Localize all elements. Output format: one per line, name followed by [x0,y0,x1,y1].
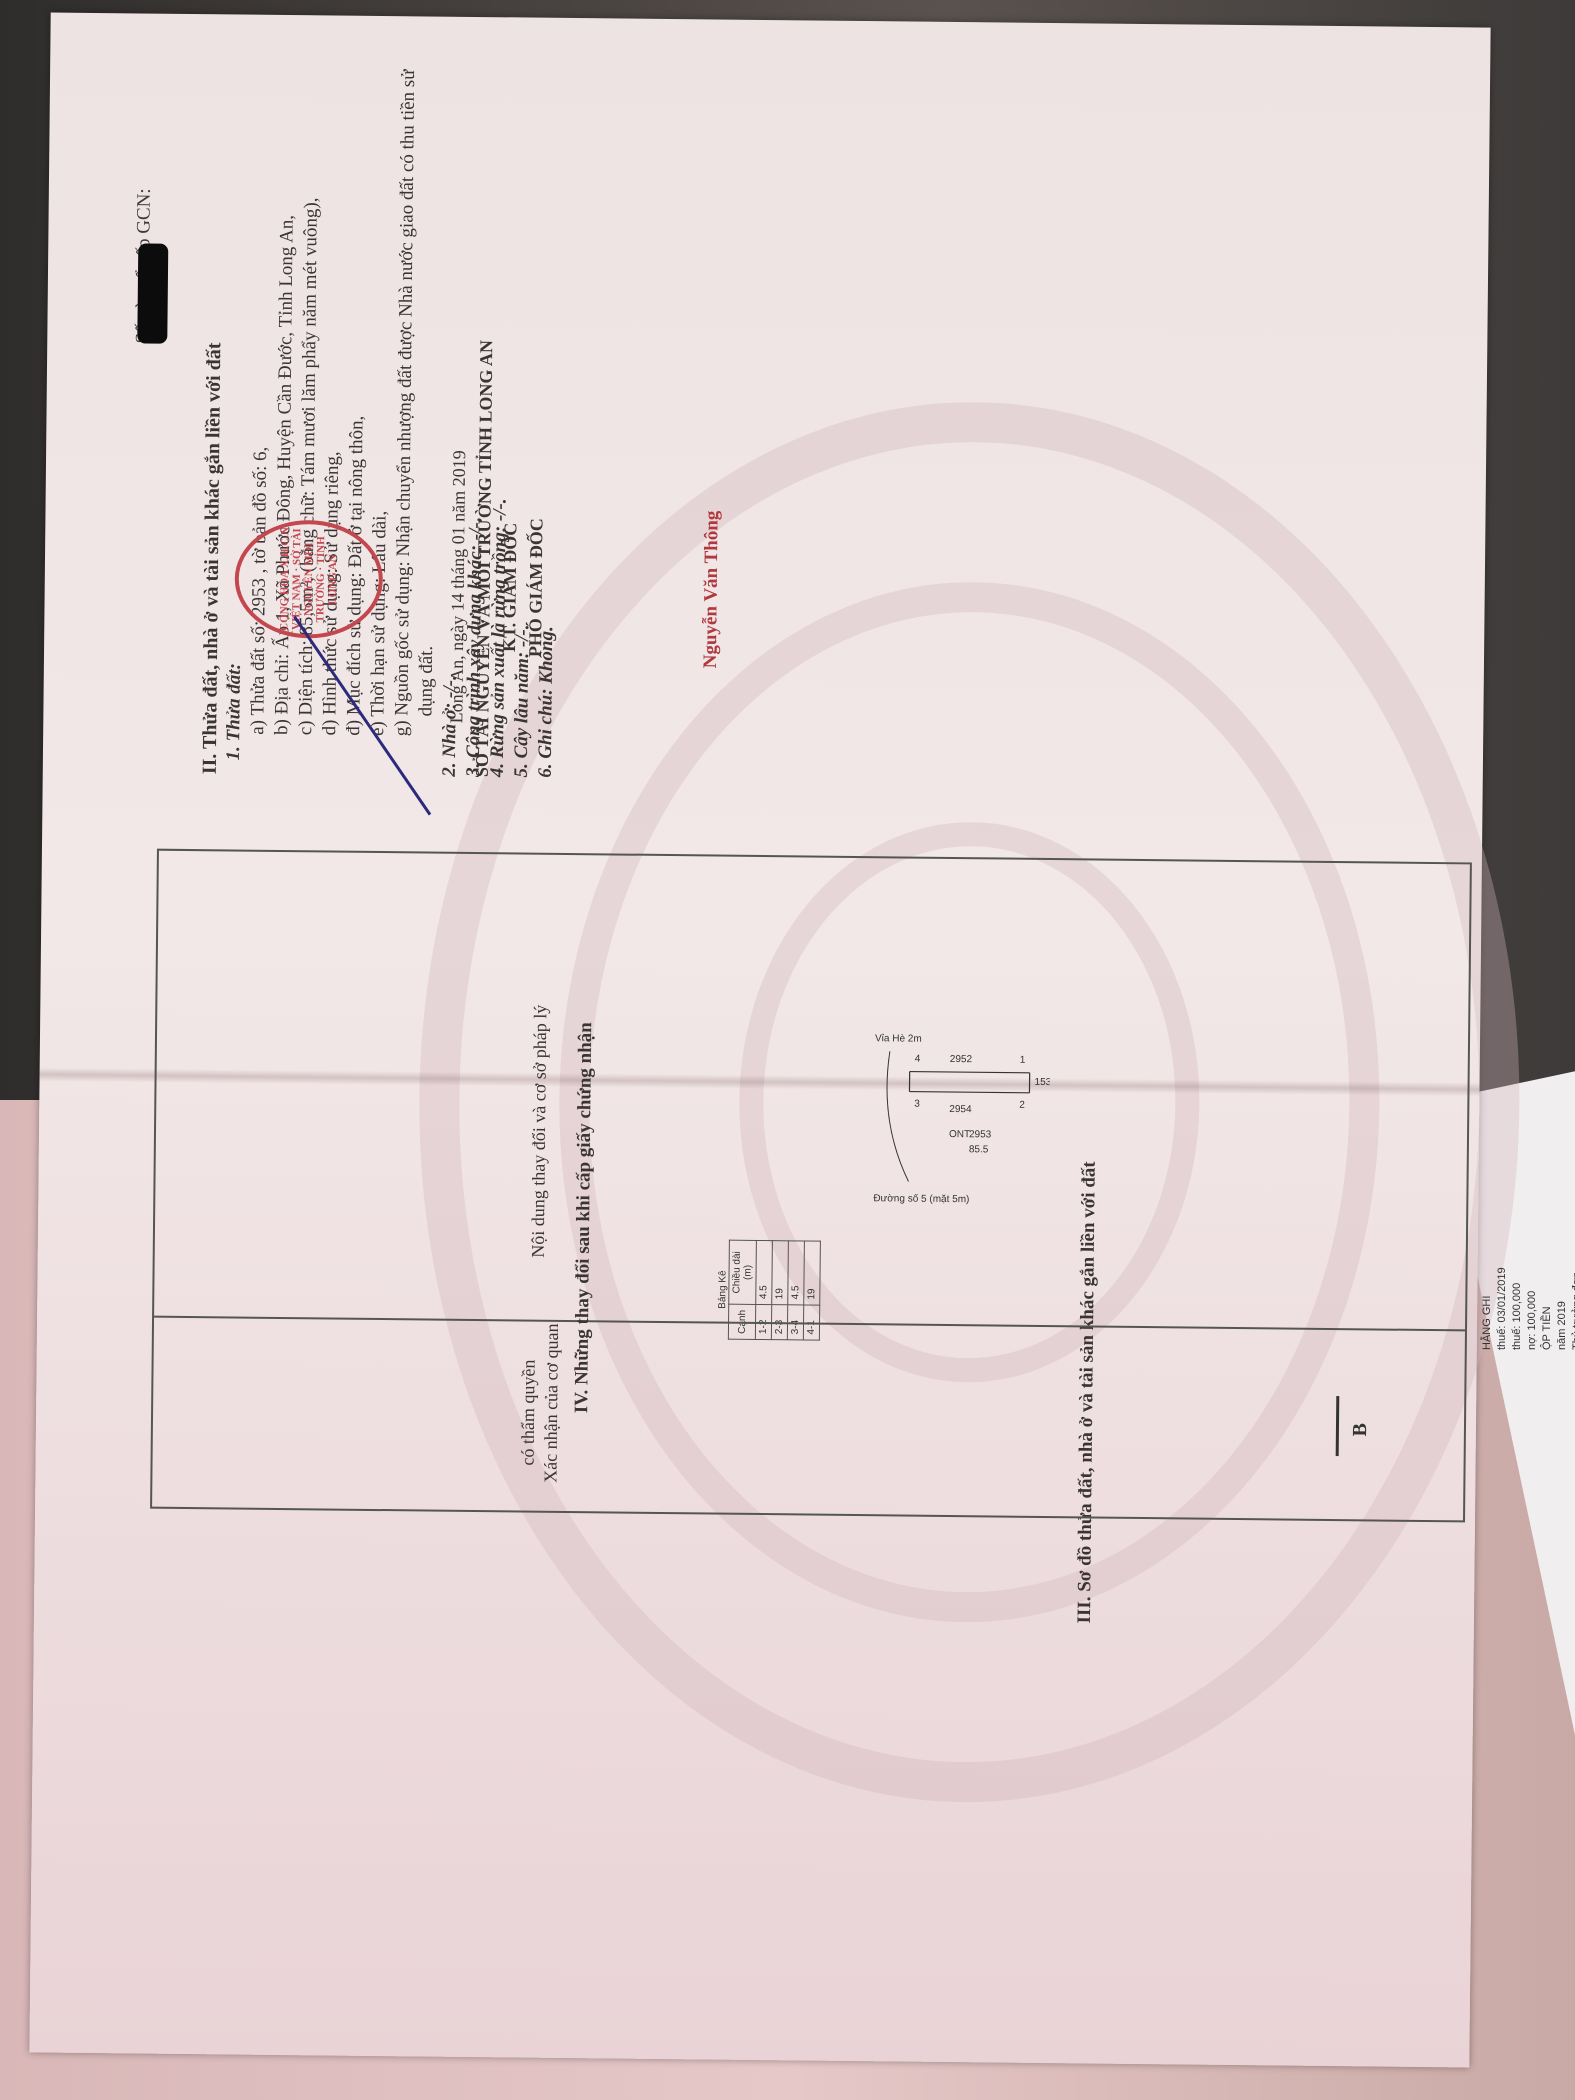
signature-block: Long An, ngày 14 tháng 01 năm 2019 SỞ TÀ… [443,397,727,780]
changes-col-2-line1: Xác nhận của cơ quan [540,1323,563,1483]
on-behalf: KT. GIÁM ĐỐC [495,397,525,777]
receipt-line: ỘP TIỀN [1540,1267,1555,1350]
land-certificate: Số vào sổ cấp GCN: II. Thửa đất, nhà ở v… [29,13,1490,2068]
signer-name: Nguyễn Văn Thông [697,399,727,779]
receipt-line: nợ: 100,000 [1525,1267,1540,1350]
section-iv-title: IV. Những thay đổi sau khi cấp giấy chứn… [571,1022,597,1413]
signer-title: PHÓ GIÁM ĐỐC [521,398,551,778]
receipt-line: Thủ trưởng đơn [1570,1267,1575,1350]
redaction-mark [137,243,168,343]
receipt-line: HẰNG GHI [1480,1267,1495,1350]
receipt-line: thuế: 100,000 [1510,1267,1525,1350]
place-date: Long An, ngày 14 tháng 01 năm 2019 [443,397,473,777]
changes-col-2-line2: có thẩm quyền [518,1360,540,1466]
receipt-line: năm 2019 [1555,1267,1570,1350]
changes-col-1: Nội dung thay đổi và cơ sở pháp lý [528,1005,552,1258]
column-divider [154,1316,1465,1332]
official-stamp: CỘNG HÒA X.H.C.N VIỆT NAM · SỞ TÀI NGUYÊ… [234,519,383,639]
agency: SỞ TÀI NGUYÊN VÀ MÔI TRƯỜNG TỈNH LONG AN [469,397,499,777]
receipt-line: thuế: 03/01/2019 [1495,1267,1510,1350]
changes-table [150,849,1472,1523]
receipt-text: HẰNG GHI thuế: 03/01/2019 thuế: 100,000 … [1480,1267,1575,1350]
